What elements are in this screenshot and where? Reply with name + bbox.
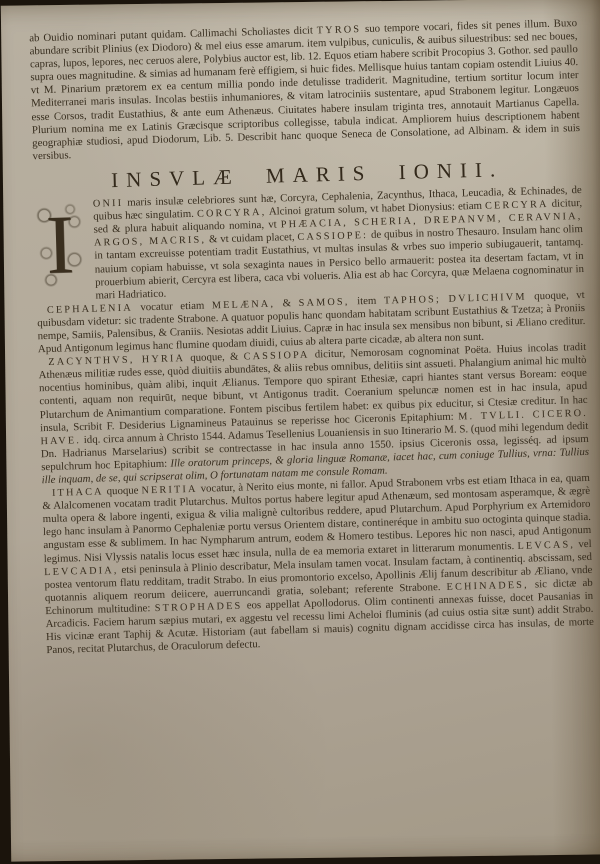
woodcut-dropcap: I bbox=[34, 200, 86, 291]
scanned-book-photo: { "page": { "paper_color": "#b4ab9b", "i… bbox=[0, 0, 600, 864]
paragraph-ionii-text: ONII maris insulæ celebriores sunt hæ, C… bbox=[93, 184, 584, 301]
paragraph-ithaca-leucas-echinades: ITHACA quoque NERITIA vocatur, à Nerito … bbox=[42, 472, 595, 657]
paragraph-corsica-continuation: ab Ouidio nominari putant quidam. Callim… bbox=[29, 17, 580, 163]
book-page: ab Ouidio nominari putant quidam. Callim… bbox=[1, 0, 600, 862]
section-heading: INSVLÆ MARIS IONII. bbox=[33, 161, 581, 189]
page-text-block: ab Ouidio nominari putant quidam. Callim… bbox=[29, 17, 594, 657]
paragraph-zacynthus: ZACYNTHVS, HYRIA quoque, & CASSIOPA dici… bbox=[38, 341, 589, 487]
dropcap-letter: I bbox=[45, 203, 75, 288]
paragraph-ionii-overview: IONII maris insulæ celebriores sunt hæ, … bbox=[34, 184, 585, 304]
